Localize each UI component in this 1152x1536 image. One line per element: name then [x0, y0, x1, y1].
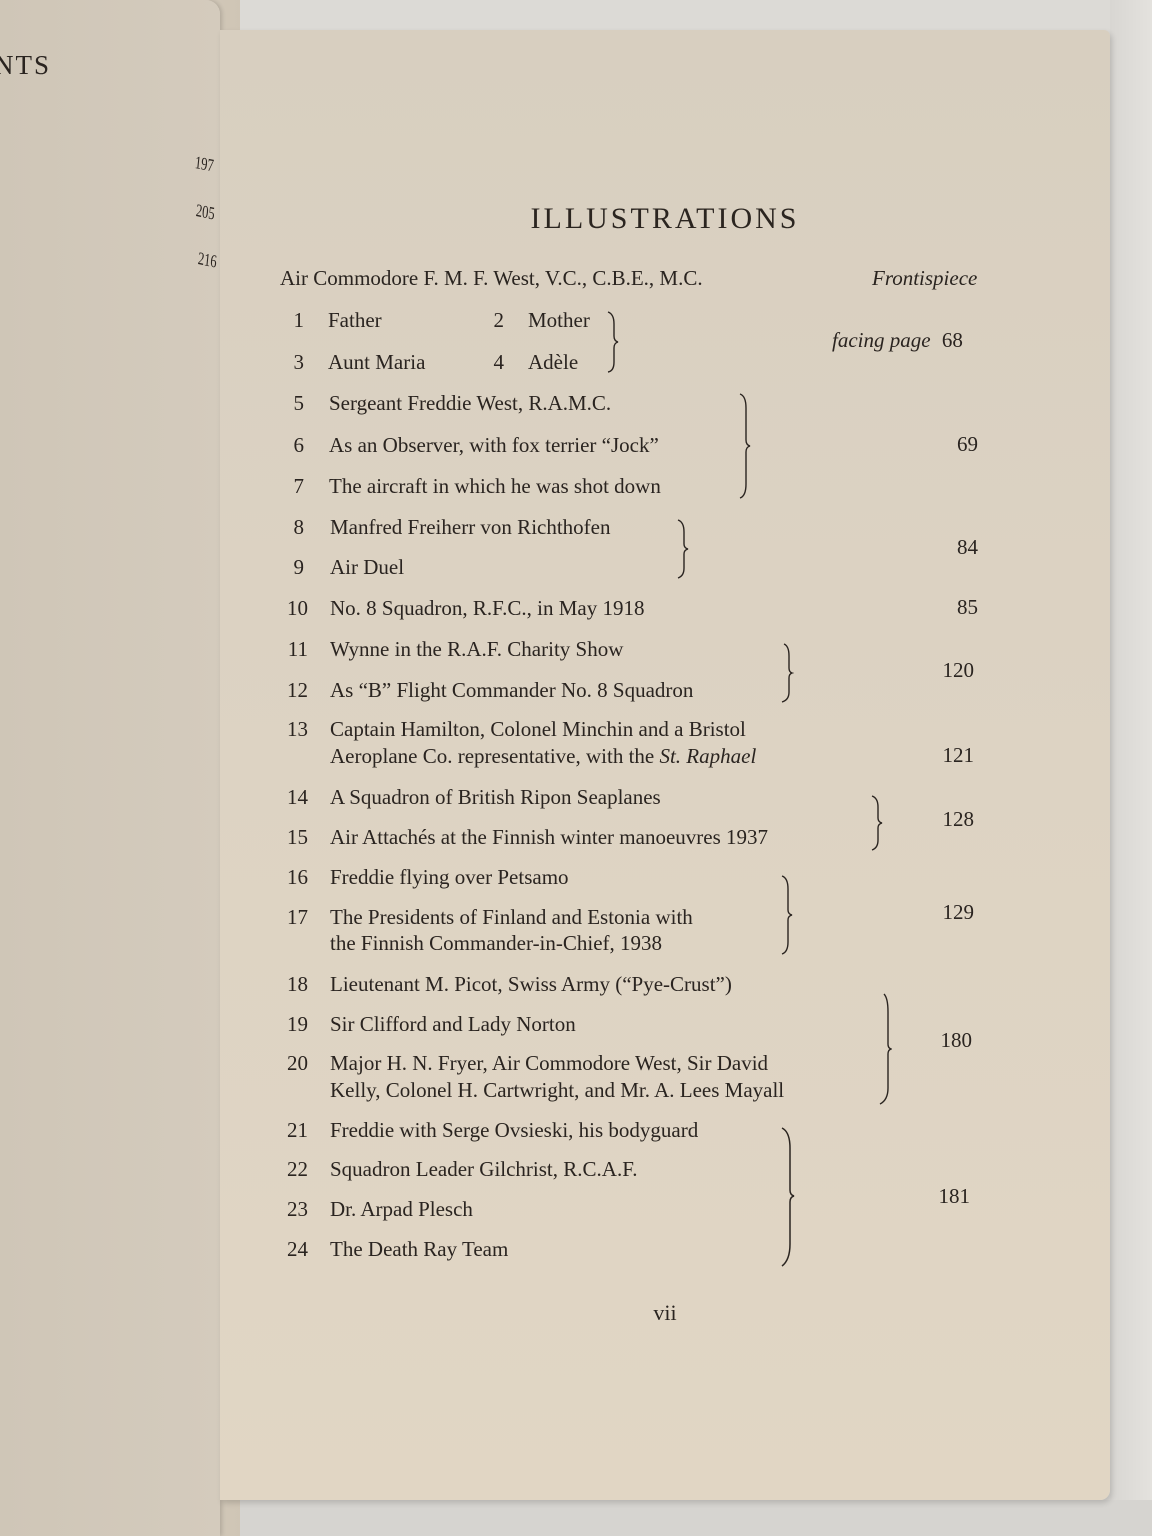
contents-page-number: 216 — [197, 248, 218, 273]
item-number: 5 — [274, 390, 304, 417]
item-number: 4 — [474, 349, 504, 376]
brace-icon — [780, 642, 794, 704]
facing-page-label: facing page — [832, 328, 931, 352]
ship-name: St. Raphael — [659, 744, 756, 768]
item-caption: As an Observer, with fox terrier “Jock” — [329, 432, 659, 459]
item-number: 1 — [274, 307, 304, 334]
frontispiece-entry: Air Commodore F. M. F. West, V.C., C.B.E… — [280, 265, 703, 292]
item-number: 13 — [278, 716, 308, 743]
contents-heading-fragment: NTS — [0, 50, 51, 81]
item-number: 2 — [474, 307, 504, 334]
item-caption: Lieutenant M. Picot, Swiss Army (“Pye-Cr… — [330, 971, 732, 998]
item-caption: Manfred Freiherr von Richthofen — [330, 514, 611, 541]
item-number: 22 — [278, 1156, 308, 1183]
item-caption: The aircraft in which he was shot down — [329, 473, 661, 500]
item-number: 10 — [278, 595, 308, 622]
illustrations-page: ILLUSTRATIONS Air Commodore F. M. F. Wes… — [220, 30, 1110, 1500]
item-number: 7 — [274, 473, 304, 500]
item-caption: Aeroplane Co. representative, with the — [330, 744, 659, 768]
item-caption: Sergeant Freddie West, R.A.M.C. — [329, 390, 611, 417]
facing-page-ref: facing page 68 — [832, 327, 963, 354]
page-ref: 120 — [914, 658, 974, 683]
item-caption: Adèle — [528, 349, 578, 376]
left-page: NTS 197 205 216 — [0, 0, 240, 1536]
item-number: 21 — [278, 1117, 308, 1144]
background-surface-bottom — [220, 1500, 1152, 1536]
page-ref: 85 — [918, 595, 978, 620]
item-caption: A Squadron of British Ripon Seaplanes — [330, 784, 661, 811]
page-ref: 121 — [914, 743, 974, 768]
item-number: 23 — [278, 1196, 308, 1223]
item-caption: Captain Hamilton, Colonel Minchin and a … — [330, 716, 746, 743]
brace-icon — [606, 310, 620, 374]
brace-icon — [738, 392, 752, 500]
brace-icon — [870, 794, 884, 852]
item-caption: No. 8 Squadron, R.F.C., in May 1918 — [330, 595, 645, 622]
page-ref: 181 — [910, 1184, 970, 1209]
page-ref: 68 — [942, 328, 963, 352]
item-number: 20 — [278, 1050, 308, 1077]
item-caption: Freddie with Serge Ovsieski, his bodygua… — [330, 1117, 698, 1144]
brace-icon — [780, 874, 794, 956]
item-caption: Air Duel — [330, 554, 404, 581]
list-item-continuation: the Finnish Commander-in-Chief, 1938 — [330, 930, 662, 957]
item-caption: Major H. N. Fryer, Air Commodore West, S… — [330, 1050, 768, 1077]
page-ref: 129 — [914, 900, 974, 925]
page-ref: 69 — [918, 432, 978, 457]
contents-page-number: 197 — [194, 152, 215, 177]
item-number: 9 — [274, 554, 304, 581]
page-title: ILLUSTRATIONS — [220, 202, 1110, 236]
item-caption: Sir Clifford and Lady Norton — [330, 1011, 576, 1038]
contents-page-number: 205 — [195, 200, 216, 225]
item-caption: The Death Ray Team — [330, 1236, 508, 1263]
item-number: 6 — [274, 432, 304, 459]
item-number: 11 — [278, 636, 308, 663]
item-number: 12 — [278, 677, 308, 704]
left-page-sheet — [0, 0, 220, 1536]
page-ref: 84 — [918, 535, 978, 560]
item-caption: Dr. Arpad Plesch — [330, 1196, 473, 1223]
item-number: 8 — [274, 514, 304, 541]
item-number: 24 — [278, 1236, 308, 1263]
item-number: 3 — [274, 349, 304, 376]
item-number: 14 — [278, 784, 308, 811]
item-caption: As “B” Flight Commander No. 8 Squadron — [330, 677, 693, 704]
brace-icon — [878, 992, 892, 1106]
page-ref: 128 — [914, 807, 974, 832]
item-caption: Aunt Maria — [328, 349, 425, 376]
item-caption: Wynne in the R.A.F. Charity Show — [330, 636, 623, 663]
item-number: 15 — [278, 824, 308, 851]
frontispiece-label: Frontispiece — [872, 265, 977, 292]
list-item-continuation: Kelly, Colonel H. Cartwright, and Mr. A.… — [330, 1077, 784, 1104]
item-caption: Freddie flying over Petsamo — [330, 864, 569, 891]
frontispiece-caption: Air Commodore F. M. F. West, V.C., C.B.E… — [280, 266, 703, 290]
brace-icon — [676, 518, 690, 580]
item-number: 18 — [278, 971, 308, 998]
item-caption: Father — [328, 307, 382, 334]
item-number: 17 — [278, 904, 308, 931]
item-caption: Air Attachés at the Finnish winter manoe… — [330, 824, 768, 851]
page-folio: vii — [220, 1300, 1110, 1326]
item-number: 16 — [278, 864, 308, 891]
item-caption: Mother — [528, 307, 590, 334]
item-number: 19 — [278, 1011, 308, 1038]
list-item-continuation: Aeroplane Co. representative, with the S… — [330, 743, 756, 770]
item-caption: Squadron Leader Gilchrist, R.C.A.F. — [330, 1156, 637, 1183]
item-caption: The Presidents of Finland and Estonia wi… — [330, 904, 693, 931]
background-surface — [1110, 0, 1152, 1536]
page-ref: 180 — [912, 1028, 972, 1053]
brace-icon — [780, 1126, 796, 1268]
